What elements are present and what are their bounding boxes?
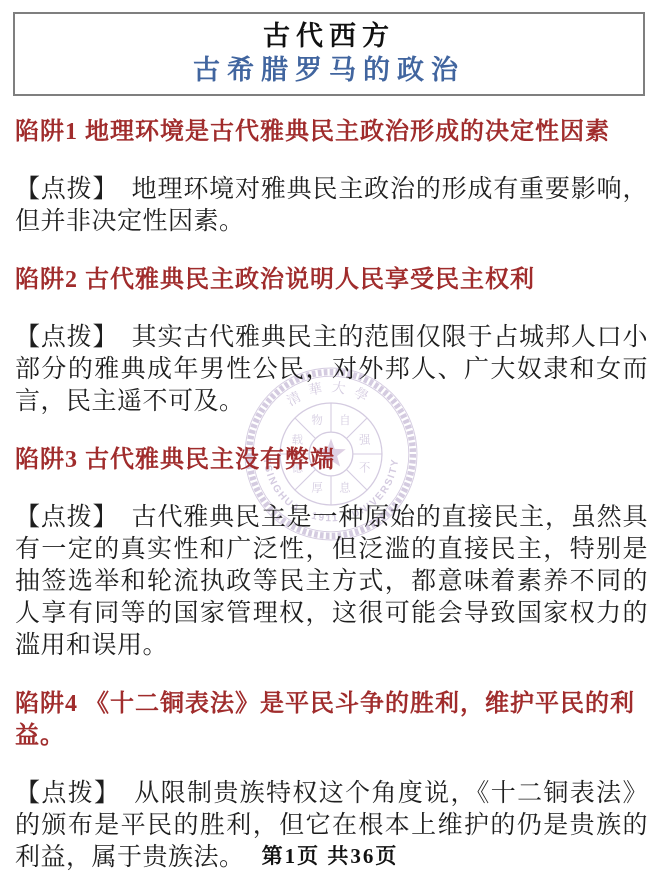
page-title: 古代西方 xyxy=(15,21,643,51)
page-subtitle: 古希腊罗马的政治 xyxy=(15,54,643,86)
trap-heading-3: 陷阱3 古代雅典民主没有弊端 xyxy=(15,444,648,476)
document-body: 陷阱1 地理环境是古代雅典民主政治形成的决定性因素 【点拨】 地理环境对雅典民主… xyxy=(15,110,648,874)
tip-paragraph-3: 【点拨】 古代雅典民主是一种原始的直接民主，虽然具有一定的真实性和广泛性，但泛滥… xyxy=(15,502,648,662)
tip-paragraph-1: 【点拨】 地理环境对雅典民主政治的形成有重要影响，但并非决定性因素。 xyxy=(15,174,648,238)
document-page: 清華大學 TSINGHUA · 1911 · UNIVERSITY 自 强 不 … xyxy=(0,0,660,880)
title-box: 古代西方 古希腊罗马的政治 xyxy=(13,12,645,96)
page-number: 第1页 共36页 xyxy=(262,840,399,870)
trap-heading-2: 陷阱2 古代雅典民主政治说明人民享受民主权利 xyxy=(15,264,648,296)
trap-heading-1: 陷阱1 地理环境是古代雅典民主政治形成的决定性因素 xyxy=(15,116,648,148)
tip-paragraph-2: 【点拨】 其实古代雅典民主的范围仅限于占城邦人口小部分的雅典成年男性公民，对外邦… xyxy=(15,322,648,418)
trap-heading-4: 陷阱4 《十二铜表法》是平民斗争的胜利，维护平民的利益。 xyxy=(15,688,648,752)
